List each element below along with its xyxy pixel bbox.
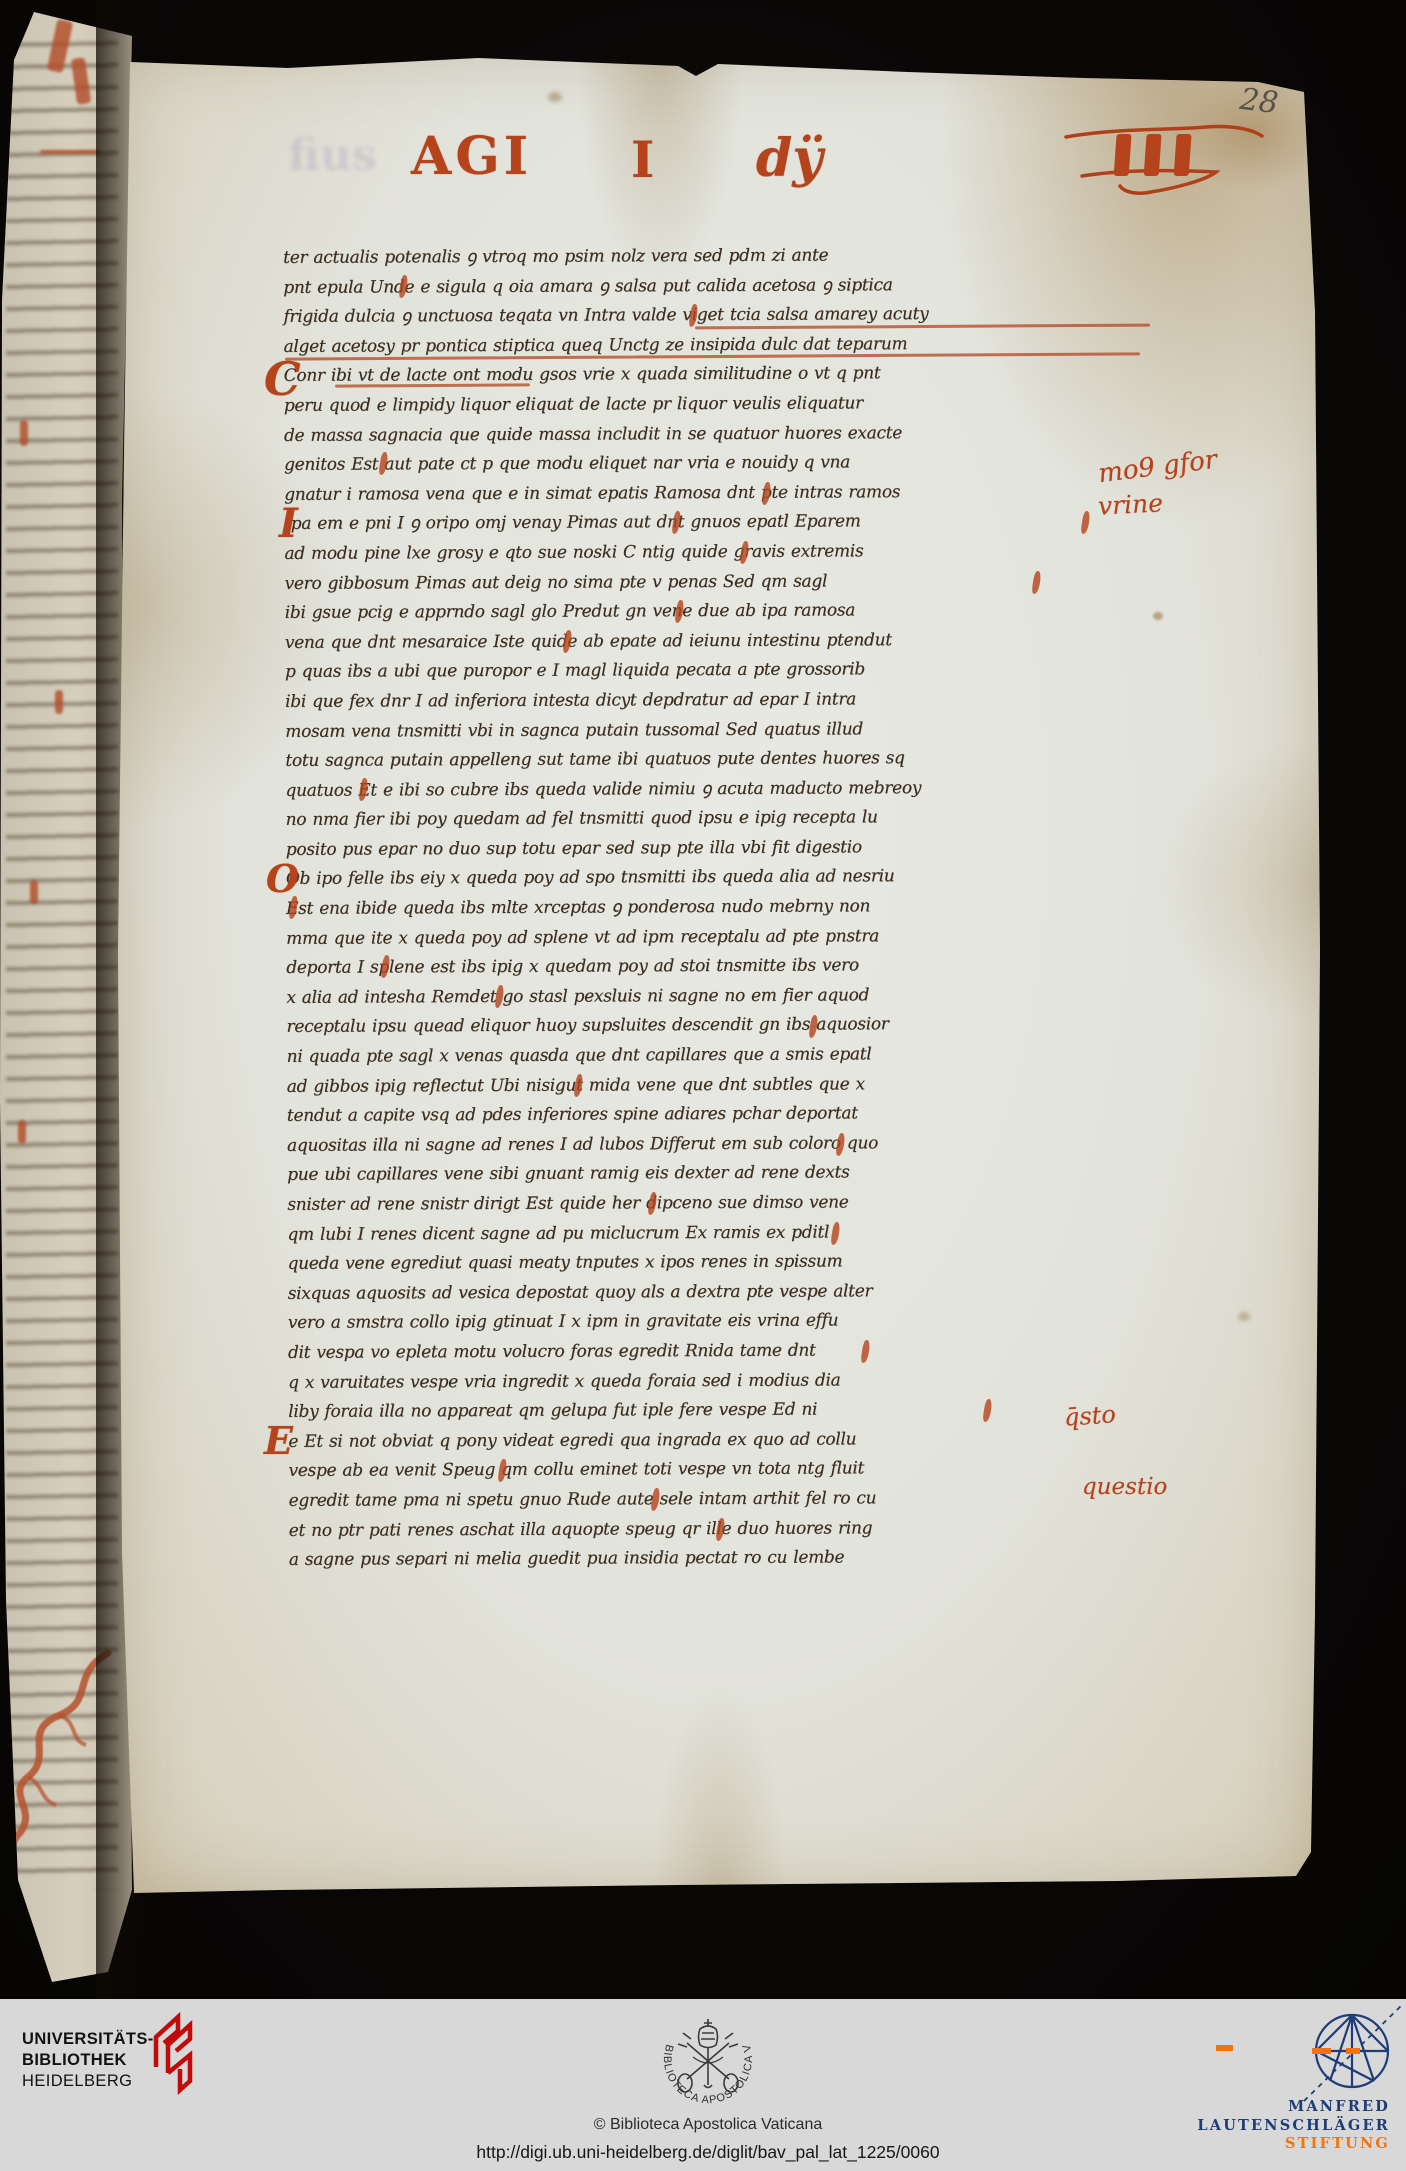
manuscript-line: peru quod e limpidy liquor eliquat de la… bbox=[284, 388, 1134, 421]
folio-tick-mark: ' bbox=[1234, 64, 1237, 85]
manuscript-line: quatuos Et e ibi so cubre ibs queda vali… bbox=[285, 773, 1135, 806]
showthrough-ghost-text: fius bbox=[288, 130, 377, 181]
manuscript-line: no nma fier ibi poy quedam ad fel tnsmit… bbox=[286, 802, 1136, 835]
verso-red-underline bbox=[40, 150, 100, 154]
manuscript-line: totu sagnca putain appelleng sut tame ib… bbox=[285, 743, 1135, 776]
manuscript-line: x alia ad intesha Remdet go stasl pexslu… bbox=[286, 980, 1136, 1013]
manuscript-line: posito pus epar no duo sup totu epar sed… bbox=[286, 832, 1136, 865]
manuscript-line: pnt epula Unde e sigula q oia amara ꝯ sa… bbox=[283, 270, 1133, 303]
running-title-word3: dÿ bbox=[756, 128, 823, 189]
manuscript-line: egredit tame pma ni spetu gnuo Rude aute… bbox=[289, 1483, 1139, 1516]
manuscript-line: ni quada pte sagl x venas quasda que dnt… bbox=[287, 1039, 1137, 1072]
manuscript-line: receptalu ipsu quead eliquor huoy supslu… bbox=[286, 1010, 1136, 1043]
manuscript-line: snister ad rene snistr dirigt Est quide … bbox=[287, 1187, 1137, 1220]
manuscript-line: et no ptr pati renes aschat illa aquopte… bbox=[289, 1513, 1139, 1546]
manuscript-line: Ipa em e pni I ꝯ oripo omj venay Pimas a… bbox=[284, 506, 1134, 539]
manuscript-page: fius AGI I dÿ III ' 28 ter actualis pote… bbox=[118, 52, 1322, 1897]
manuscript-line: genitos Est aut pate ct p que modu eliqu… bbox=[284, 447, 1134, 480]
source-url: http://digi.ub.uni-heidelberg.de/diglit/… bbox=[403, 2142, 1013, 2163]
marginal-note-questio-abbrev: q̄sto bbox=[1063, 1400, 1117, 1432]
manuscript-line: ter actualis potenalis ꝯ vtroq mo psim n… bbox=[283, 240, 1133, 273]
manuscript-line: tendut a capite vsq ad pdes inferiores s… bbox=[287, 1098, 1137, 1131]
red-paragraph-initial: E bbox=[264, 1418, 293, 1463]
red-paragraph-initial: O bbox=[266, 856, 299, 901]
folio-number: 28 bbox=[1238, 82, 1280, 121]
ub-line2: BIBLIOTHEK bbox=[22, 2050, 154, 2071]
verso-red-mark bbox=[20, 420, 28, 446]
manuscript-line: sixquas aquosits ad vesica depostat quoy… bbox=[288, 1276, 1138, 1309]
parchment-stain bbox=[1153, 612, 1163, 620]
manuscript-line: ibi que fex dnr I ad inferiora intesta d… bbox=[285, 684, 1135, 717]
red-paragraph-initial: C bbox=[264, 352, 301, 406]
verso-red-mark bbox=[55, 690, 63, 714]
manuscript-line: q x varuitates vespe vria ingredit x que… bbox=[288, 1365, 1138, 1398]
manuscript-line: vespe ab ea venit Speug qm collu eminet … bbox=[288, 1453, 1138, 1486]
ub-heidelberg-wordmark: UNIVERSITÄTS- BIBLIOTHEK HEIDELBERG bbox=[22, 2029, 154, 2092]
viewer-footer: UNIVERSITÄTS- BIBLIOTHEK HEIDELBERG BIBL… bbox=[0, 1999, 1406, 2171]
manuscript-line: vena que dnt mesaraice Iste quide ab epa… bbox=[285, 625, 1135, 658]
running-title-word1: AGI bbox=[411, 126, 532, 187]
manuscript-line: a sagne pus separi ni melia guedit pua i… bbox=[289, 1542, 1139, 1575]
scan-viewer: fius AGI I dÿ III ' 28 ter actualis pote… bbox=[0, 0, 1406, 2171]
manuscript-line: pue ubi capillares vene sibi gnuant rami… bbox=[287, 1158, 1137, 1191]
running-title-word2: I bbox=[631, 130, 654, 189]
ub-heidelberg-logo-icon bbox=[142, 2011, 208, 2103]
foundation-dash-icon bbox=[1216, 2045, 1233, 2051]
manuscript-line: qm lubi I renes dicent sagne ad pu miclu… bbox=[287, 1217, 1137, 1250]
manuscript-line: vero gibbosum Pimas aut deig no sima pte… bbox=[285, 566, 1135, 599]
marginal-note-mos-urine-line2: vrine bbox=[1097, 488, 1163, 520]
manuscript-line: dit vespa vo epleta motu volucro foras e… bbox=[288, 1335, 1138, 1368]
verso-red-mark bbox=[30, 880, 38, 904]
ml-stiftung-logo-icon bbox=[1290, 1999, 1406, 2111]
verso-red-mark bbox=[18, 1120, 26, 1144]
manuscript-line: ibi gsue pcig e apprndo sagl glo Predut … bbox=[285, 595, 1135, 628]
manuscript-line: ad modu pine lxe grosy e qto sue noski C… bbox=[284, 536, 1134, 569]
marginal-note-questio: questio bbox=[1082, 1474, 1167, 1500]
manuscript-line: ad gibbos ipig reflectut Ubi nisigut mid… bbox=[287, 1069, 1137, 1102]
manuscript-line: deporta I splene est ibs ipig x quedam p… bbox=[286, 950, 1136, 983]
manuscript-line: aquositas illa ni sagne ad renes I ad lu… bbox=[287, 1128, 1137, 1161]
foundation-line3: STIFTUNG bbox=[1080, 2135, 1390, 2154]
foundation-line1: MANFRED bbox=[1080, 2098, 1390, 2117]
folio-roman-numeral: III bbox=[1056, 114, 1266, 199]
foundation-wordmark: MANFRED LAUTENSCHLÄGER STIFTUNG bbox=[1080, 2098, 1390, 2154]
parchment-stain bbox=[548, 92, 562, 102]
manuscript-line: Conr ibi vt de lacte ont modu gsos vrie … bbox=[284, 359, 1134, 392]
manuscript-line: vero a smstra collo ipig gtinuat I x ipm… bbox=[288, 1306, 1138, 1339]
manuscript-line: p quas ibs a ubi que puropor e I magl li… bbox=[285, 654, 1135, 687]
manuscript-line: de massa sagnacia que quide massa includ… bbox=[284, 418, 1134, 451]
manuscript-line: queda vene egrediut quasi meaty tnputes … bbox=[287, 1246, 1137, 1279]
manuscript-line: mosam vena tnsmitti vbi in sagnca putain… bbox=[285, 714, 1135, 747]
copyright-line: © Biblioteca Apostolica Vaticana bbox=[453, 2116, 963, 2134]
manuscript-line: gnatur i ramosa vena que e in simat epat… bbox=[284, 477, 1134, 510]
manuscript-line: mma que ite x queda poy ad splene vt ad … bbox=[286, 921, 1136, 954]
ub-line1: UNIVERSITÄTS- bbox=[22, 2029, 154, 2050]
red-paragraph-initial: I bbox=[279, 500, 298, 547]
vatican-seal-icon: BIBLIOTECA APOSTOLICA VATICANA bbox=[613, 2007, 803, 2115]
ub-line3: HEIDELBERG bbox=[22, 2071, 154, 2092]
manuscript-line: e Et si not obviat q pony videat egredi … bbox=[288, 1424, 1138, 1457]
manuscript-text: ter actualis potenalis ꝯ vtroq mo psim n… bbox=[283, 240, 1139, 1575]
manuscript-line: Est ena ibide queda ibs mlte xrceptas ꝯ … bbox=[286, 891, 1136, 924]
parchment-stain bbox=[1238, 1312, 1250, 1321]
manuscript-line: Ob ipo felle ibs eiy x queda poy ad spo … bbox=[286, 862, 1136, 895]
foundation-line2: LAUTENSCHLÄGER bbox=[1080, 2117, 1390, 2136]
book-photograph: fius AGI I dÿ III ' 28 ter actualis pote… bbox=[0, 0, 1406, 1999]
manuscript-line: liby foraia illa no appareat qm gelupa f… bbox=[288, 1394, 1138, 1427]
